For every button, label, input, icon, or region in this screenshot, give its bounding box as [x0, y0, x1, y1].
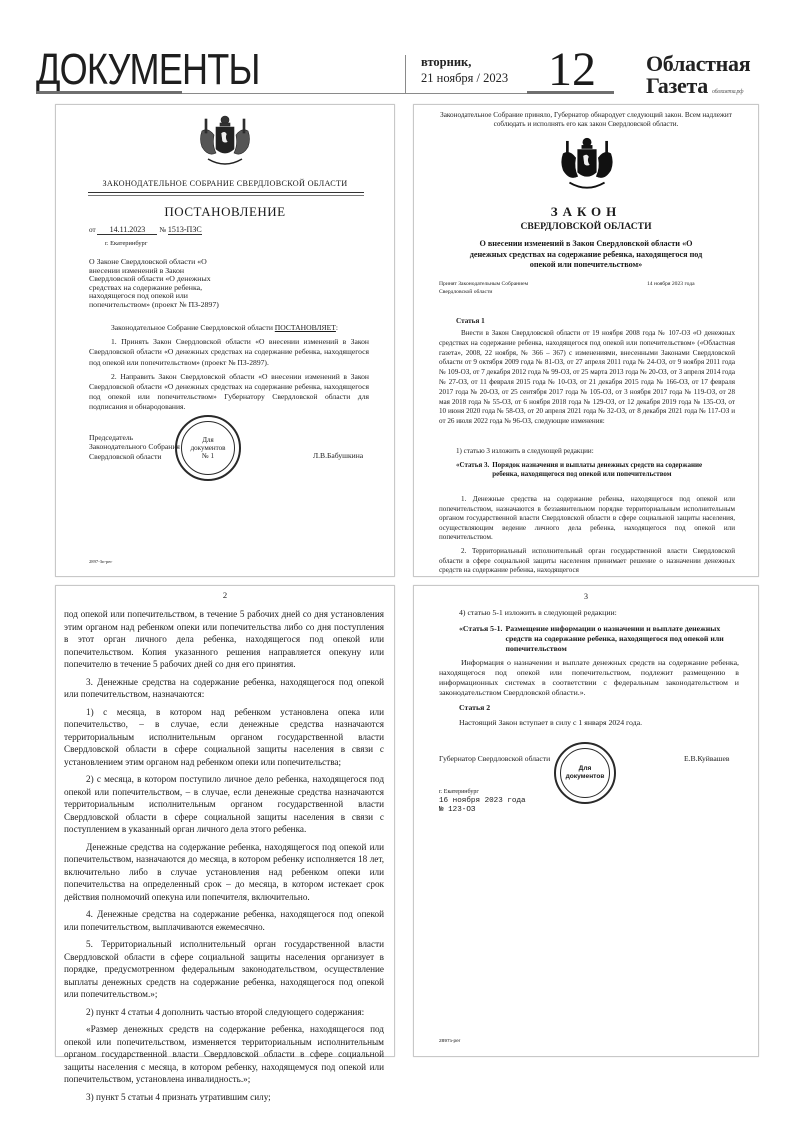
issue-weekday: вторник,	[421, 54, 508, 70]
signer-title-line: Свердловской области	[89, 452, 180, 461]
change-4-intro: 4) статью 5-1 изложить в следующей редак…	[459, 608, 617, 617]
resolution-city: г. Екатеринбург	[105, 240, 147, 247]
coat-of-arms-icon	[555, 135, 619, 195]
logo-line2: Газета	[646, 75, 708, 97]
preamble-text: Законодательное Собрание Свердловской об…	[111, 323, 275, 332]
preamble: Законодательное Собрание Свердловской об…	[89, 323, 369, 333]
paragraph: 4. Денежные средства на содержание ребен…	[64, 908, 384, 933]
resolution-page: ЗАКОНОДАТЕЛЬНОЕ СОБРАНИЕ СВЕРДЛОВСКОЙ ОБ…	[55, 104, 395, 577]
newspaper-logo[interactable]: Областная Газетаоблгазета.рф	[646, 53, 750, 103]
resolution-item: 1. Принять Закон Свердловской области «О…	[89, 337, 369, 368]
number-prefix: №	[159, 226, 166, 234]
stamp-line: документов	[191, 444, 226, 452]
stamp-line: Для	[191, 436, 226, 444]
sign-city: г. Екатеринбург	[439, 789, 479, 795]
issue-date-text: 21 ноября / 2023	[421, 70, 508, 86]
article-5-1-text: Информация о назначении и выплате денежн…	[439, 658, 739, 698]
article-3-paragraph-1: 1. Денежные средства на содержание ребен…	[439, 495, 735, 543]
page-number-rule	[527, 91, 614, 94]
paragraph: под опекой или попечительством, в течени…	[64, 608, 384, 671]
change-1-intro: 1) статью 3 изложить в следующей редакци…	[456, 447, 594, 455]
preamble-end: :	[336, 323, 338, 332]
paragraph: 1) с месяца, в котором над ребенком уста…	[64, 706, 384, 769]
inner-page-number: 2	[56, 590, 394, 600]
date-prefix: от	[89, 226, 96, 234]
paragraph: 5. Территориальный исполнительный орган …	[64, 938, 384, 1001]
article-2-text: Настоящий Закон вступает в силу с 1 янва…	[459, 718, 642, 727]
header-accent-rule	[36, 91, 182, 94]
article-3-paragraph-2: 2. Территориальный исполнительный орган …	[439, 547, 735, 576]
signer-title-line: Законодательного Собрания	[89, 442, 180, 451]
law-subtitle: СВЕРДЛОВСКОЙ ОБЛАСТИ	[414, 221, 758, 232]
resolution-body: Законодательное Собрание Свердловской об…	[89, 323, 369, 413]
sign-date: 16 ноября 2023 года	[439, 797, 526, 806]
resolution-date: 14.11.2023	[97, 225, 157, 235]
official-stamp: Для документов	[554, 742, 616, 804]
org-name: ЗАКОНОДАТЕЛЬНОЕ СОБРАНИЕ СВЕРДЛОВСКОЙ ОБ…	[56, 179, 394, 188]
section-title: ДОКУМЕНТЫ	[36, 48, 260, 92]
article-2-heading: Статья 2	[459, 703, 490, 712]
issue-date: вторник, 21 ноября / 2023	[421, 54, 508, 86]
adopted-by-line: Свердловской области	[439, 289, 528, 297]
law-page-3: 3 4) статью 5-1 изложить в следующей ред…	[413, 585, 759, 1057]
adopted-date: 14 ноября 2023 года	[647, 281, 695, 287]
governor-name: Е.В.Куйвашев	[684, 754, 730, 763]
header-divider	[405, 55, 406, 93]
resolution-item: 2. Направить Закон Свердловской области …	[89, 372, 369, 413]
adopted-by: Принят Законодательным Собранием Свердло…	[439, 281, 528, 296]
paragraph: 2) с месяца, в котором поступило личное …	[64, 773, 384, 836]
law-name: О внесении изменений в Закон Свердловско…	[464, 239, 708, 271]
doc-type: ПОСТАНОВЛЕНИЕ	[56, 204, 394, 220]
article-3-heading: «Статья 3. Порядок назначения и выплаты …	[456, 461, 716, 479]
org-rule	[88, 192, 364, 196]
article-1-heading: Статья 1	[456, 317, 485, 325]
paragraph: 3. Денежные средства на содержание ребен…	[64, 676, 384, 701]
adopted-by-line: Принят Законодательным Собранием	[439, 281, 528, 289]
footer-code: 2897-3п-рег	[89, 559, 112, 564]
resolution-number: 1513-ПЗС	[168, 225, 202, 235]
article-3-title: Порядок назначения и выплаты денежных ср…	[492, 461, 716, 479]
logo-url: облгазета.рф	[712, 89, 743, 95]
sign-number: № 123-ОЗ	[439, 806, 475, 815]
paragraph: «Размер денежных средств на содержание р…	[64, 1023, 384, 1086]
preamble-emphasis: ПОСТАНОВЛЯЕТ	[275, 323, 336, 332]
inner-page-number: 3	[414, 592, 758, 601]
article-5-1-title: Размещение информации о назначении и вып…	[506, 624, 729, 654]
stamp-line: Для	[566, 765, 605, 773]
signer-name: Л.В.Бабушкина	[313, 451, 363, 460]
law-page-2: 2 под опекой или попечительством, в тече…	[55, 585, 395, 1057]
law-title: ЗАКОН	[414, 204, 758, 220]
official-stamp: Для документов № 1	[175, 415, 241, 481]
governor-title: Губернатор Свердловской области	[439, 754, 550, 763]
paragraph: 2) пункт 4 статьи 4 дополнить частью вто…	[64, 1006, 384, 1019]
signer-title: Председатель Законодательного Собрания С…	[89, 433, 180, 461]
page-number: 12	[548, 46, 596, 94]
law-page-1: Законодательное Собрание приняло, Губерн…	[413, 104, 759, 577]
footer-code: 2897з-рег	[439, 1039, 461, 1044]
article-3-label: «Статья 3.	[456, 461, 489, 479]
article-5-1-heading: «Статья 5-1. Размещение информации о наз…	[459, 624, 729, 654]
resolution-date-line: от 14.11.2023 № 1513-ПЗС	[89, 225, 202, 235]
stamp-line: № 1	[191, 452, 226, 460]
article-1-text: Внести в Закон Свердловской области от 1…	[439, 329, 735, 427]
article-5-1-label: «Статья 5-1.	[459, 624, 503, 654]
resolution-subject: О Законе Свердловской области «О внесени…	[89, 258, 224, 310]
signer-title-line: Председатель	[89, 433, 180, 442]
law-intro: Законодательное Собрание приняло, Губерн…	[424, 111, 748, 130]
page-2-body: под опекой или попечительством, в течени…	[64, 608, 384, 1103]
stamp-line: документов	[566, 773, 605, 781]
paragraph: Денежные средства на содержание ребенка,…	[64, 841, 384, 904]
logo-line1: Областная	[646, 53, 750, 75]
coat-of-arms-icon	[194, 113, 256, 171]
paragraph: 3) пункт 5 статьи 4 признать утратившим …	[64, 1091, 384, 1104]
